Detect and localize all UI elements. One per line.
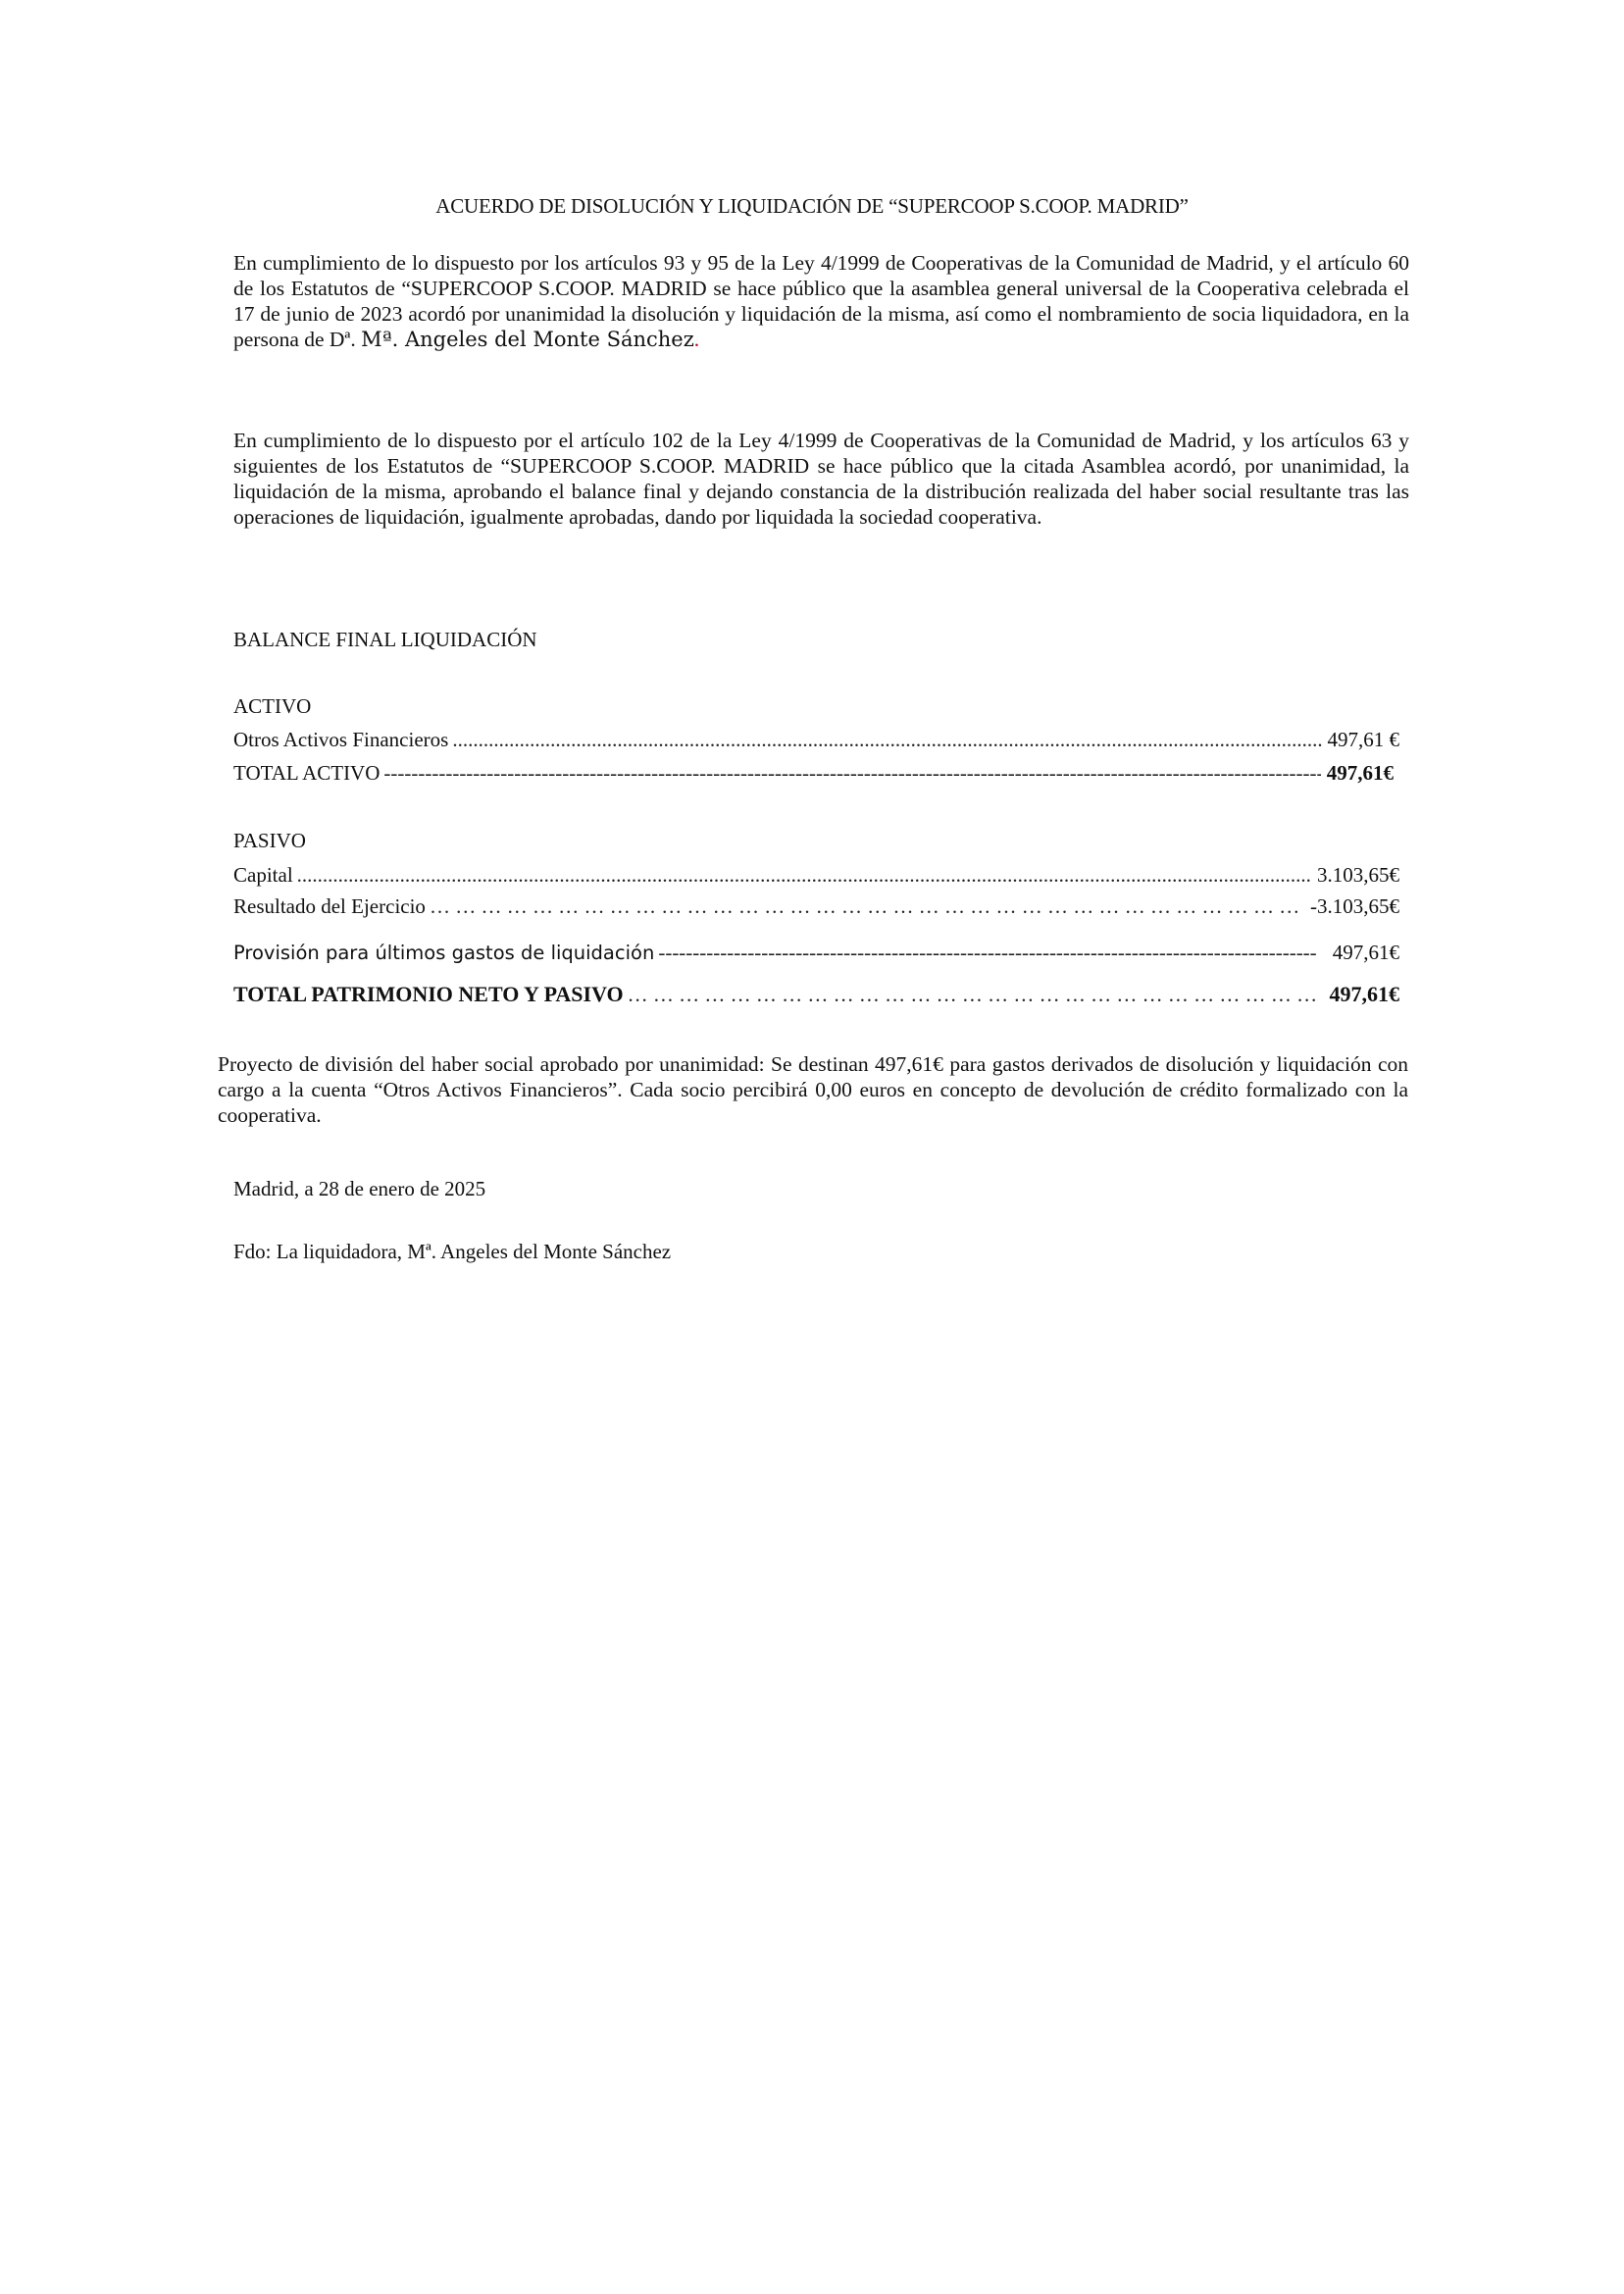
row-value: 497,61€ <box>1321 761 1394 786</box>
balance-row-provision: Provisión para últimos gastos de liquida… <box>233 941 1399 965</box>
row-label: Capital <box>233 863 297 888</box>
row-label: TOTAL ACTIVO <box>233 761 383 786</box>
row-value: 497,61€ <box>1324 982 1400 1007</box>
row-value: 497,61€ <box>1317 941 1399 965</box>
balance-row-resultado: Resultado del Ejercicio … … … … … … … … … <box>233 894 1399 919</box>
balance-row-otros-activos: Otros Activos Financieros ..............… <box>233 728 1399 752</box>
paragraph-liquidacion: En cumplimiento de lo dispuesto por el a… <box>233 428 1409 530</box>
dash-leader: ----------------------------------------… <box>658 941 1316 965</box>
row-value: 497,61 € <box>1322 728 1400 752</box>
row-label: Resultado del Ejercicio <box>233 894 430 919</box>
ellipsis-leader: … … … … … … … … … … … … … … … … … … … … … <box>430 894 1304 919</box>
pasivo-heading: PASIVO <box>233 829 306 853</box>
paragraph-proyecto-division: Proyecto de división del haber social ap… <box>218 1051 1408 1128</box>
row-value: -3.103,65€ <box>1304 894 1399 919</box>
activo-heading: ACTIVO <box>233 694 311 719</box>
document-page: ACUERDO DE DISOLUCIÓN Y LIQUIDACIÓN DE “… <box>0 0 1624 2294</box>
signature-line: Fdo: La liquidadora, Mª. Angeles del Mon… <box>233 1240 671 1264</box>
row-label: Otros Activos Financieros <box>233 728 452 752</box>
document-title: ACUERDO DE DISOLUCIÓN Y LIQUIDACIÓN DE “… <box>0 194 1624 219</box>
liquidator-name: Mª. Angeles del Monte Sánchez <box>361 328 694 351</box>
balance-title: BALANCE FINAL LIQUIDACIÓN <box>233 628 537 652</box>
balance-row-capital: Capital ................................… <box>233 863 1399 888</box>
balance-row-total-patrimonio-pasivo: TOTAL PATRIMONIO NETO Y PASIVO … … … … …… <box>233 982 1399 1007</box>
row-value: 3.103,65€ <box>1311 863 1399 888</box>
paragraph-disolucion: En cumplimiento de lo dispuesto por los … <box>233 250 1409 352</box>
row-label: TOTAL PATRIMONIO NETO Y PASIVO <box>233 982 628 1007</box>
dash-leader: ----------------------------------------… <box>383 761 1320 786</box>
date-line: Madrid, a 28 de enero de 2025 <box>233 1177 485 1201</box>
trailing-period: . <box>694 328 699 351</box>
balance-row-total-activo: TOTAL ACTIVO ---------------------------… <box>233 761 1394 786</box>
ellipsis-leader: … … … … … … … … … … … … … … … … … … … … … <box>628 983 1324 1007</box>
row-label: Provisión para últimos gastos de liquida… <box>233 942 658 964</box>
dot-leader: ........................................… <box>297 863 1311 888</box>
dot-leader: ........................................… <box>452 728 1321 752</box>
